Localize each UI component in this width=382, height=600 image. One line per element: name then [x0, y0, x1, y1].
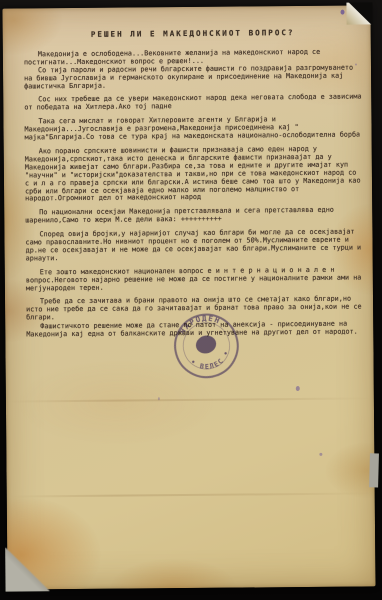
paragraph: Ако порано српските шовинисти и фашисти …	[25, 145, 363, 203]
ink-speck-icon	[158, 397, 160, 400]
page-title: РЕШЕН ЛИ Е МАКЕДОНСКИОТ ВОПРОС?	[24, 28, 362, 39]
ink-speck-icon	[355, 64, 357, 66]
paper-crease	[7, 492, 375, 497]
photo-background: РЕШЕН ЛИ Е МАКЕДОНСКИОТ ВОПРОС? Македони…	[0, 0, 382, 600]
paragraph: Со тија пароли и радосни речи блгарските…	[24, 64, 362, 91]
torn-corner	[5, 547, 49, 591]
paper-crease	[6, 397, 374, 402]
paragraph: Ете зошто македонскиот национален вопрос…	[26, 266, 364, 293]
paragraph: Така сега мислат и говорат Хитлеровите а…	[24, 116, 362, 143]
backing-sliver	[369, 453, 379, 487]
paragraph: Според овија бројки,у најарнијот случај …	[25, 229, 363, 264]
stamp-emblem-icon	[194, 333, 219, 356]
ink-speck-icon	[319, 453, 322, 456]
document-paper: РЕШЕН ЛИ Е МАКЕДОНСКИОТ ВОПРОС? Македони…	[2, 5, 375, 589]
ink-speck-icon	[340, 10, 344, 15]
typewritten-text: РЕШЕН ЛИ Е МАКЕДОНСКИОТ ВОПРОС? Македони…	[24, 20, 365, 345]
paragraph: По национални осекјаи Македонија претста…	[25, 207, 363, 226]
paragraph: Сос них требеше да се увери македонскиот…	[24, 94, 362, 113]
ink-speck-icon	[296, 386, 300, 391]
